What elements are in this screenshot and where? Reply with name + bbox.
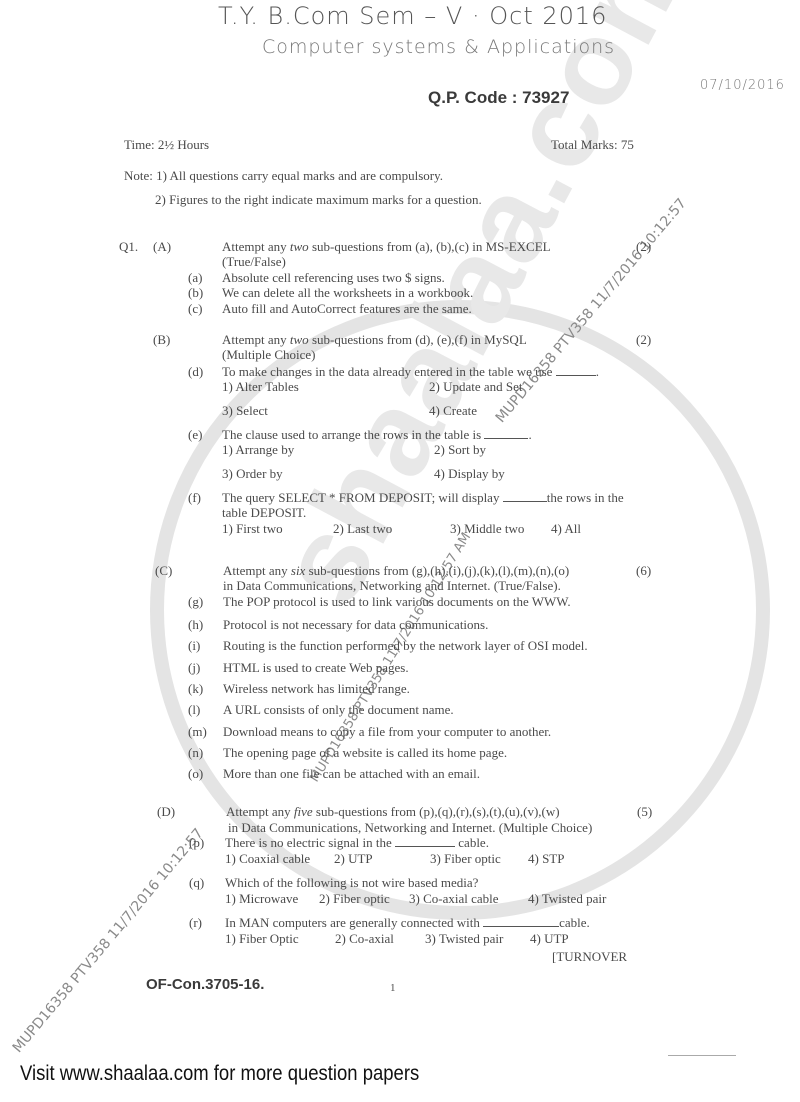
item-label: (b) bbox=[188, 285, 203, 301]
option: 1) Arrange by bbox=[222, 442, 294, 458]
option: 2) UTP bbox=[334, 851, 373, 867]
qp-code: Q.P. Code : 73927 bbox=[428, 88, 569, 108]
item-text-line2: table DEPOSIT. bbox=[222, 505, 306, 521]
option: 2) Update and Set bbox=[429, 379, 523, 395]
item-text: The clause used to arrange the rows in t… bbox=[222, 427, 532, 443]
item-label: (l) bbox=[188, 702, 200, 718]
item-label: (g) bbox=[188, 594, 203, 610]
item-label: (k) bbox=[188, 681, 203, 697]
section-a-instruction: Attempt any two sub-questions from (a), … bbox=[222, 239, 551, 255]
instruction-text: Attempt any bbox=[222, 332, 290, 347]
answer-blank bbox=[483, 926, 559, 927]
item-label: (a) bbox=[188, 270, 202, 286]
handwritten-date: 07/10/2016 bbox=[700, 78, 785, 93]
option: 2) Fiber optic bbox=[319, 891, 390, 907]
item-label: (r) bbox=[189, 915, 202, 931]
item-text: In MAN computers are generally connected… bbox=[225, 915, 590, 931]
instruction-text: Attempt any bbox=[222, 239, 290, 254]
option: 1) First two bbox=[222, 521, 283, 537]
item-text: A URL consists of only the document name… bbox=[223, 702, 454, 718]
item-label: (d) bbox=[188, 364, 203, 380]
instruction-emphasis: five bbox=[294, 804, 313, 819]
section-d-marks: (5) bbox=[637, 804, 652, 820]
item-text: The query SELECT * FROM DEPOSIT; will di… bbox=[222, 490, 624, 506]
option: 1) Alter Tables bbox=[222, 379, 299, 395]
item-text: HTML is used to create Web pages. bbox=[223, 660, 409, 676]
item-text: Routing is the function performed by the… bbox=[223, 638, 588, 654]
option: 4) Twisted pair bbox=[528, 891, 606, 907]
page-number: 1 bbox=[390, 982, 396, 994]
item-text: More than one file can be attached with … bbox=[223, 766, 480, 782]
item-text: Auto fill and AutoCorrect features are t… bbox=[222, 301, 472, 317]
handwritten-subject: Computer systems & Applications bbox=[262, 36, 615, 58]
item-label: (c) bbox=[188, 301, 202, 317]
question-text: the rows in the bbox=[547, 490, 624, 505]
note-1: Note: 1) All questions carry equal marks… bbox=[124, 168, 443, 184]
item-text: Download means to copy a file from your … bbox=[223, 724, 551, 740]
item-label: (n) bbox=[188, 745, 203, 761]
answer-blank bbox=[556, 375, 596, 376]
question-text: The query SELECT * FROM DEPOSIT; will di… bbox=[222, 490, 499, 505]
section-b-instruction-line2: (Multiple Choice) bbox=[222, 347, 316, 363]
item-text: The POP protocol is used to link various… bbox=[223, 594, 571, 610]
instruction-text: Attempt any bbox=[223, 563, 291, 578]
section-d-instruction: Attempt any five sub-questions from (p),… bbox=[226, 804, 560, 820]
item-label: (m) bbox=[188, 724, 207, 740]
section-a-label: (A) bbox=[153, 239, 171, 255]
item-text: Protocol is not necessary for data commu… bbox=[223, 617, 488, 633]
paper-code: OF-Con.3705-16. bbox=[146, 976, 264, 993]
option: 4) UTP bbox=[530, 931, 569, 947]
section-c-instruction: Attempt any six sub-questions from (g),(… bbox=[223, 563, 569, 579]
item-text: We can delete all the worksheets in a wo… bbox=[222, 285, 473, 301]
option: 4) All bbox=[551, 521, 581, 537]
item-label: (q) bbox=[189, 875, 204, 891]
question-text: The clause used to arrange the rows in t… bbox=[222, 427, 481, 442]
instruction-text: sub-questions from (g),(h),(i),(j),(k),(… bbox=[305, 563, 569, 578]
item-text: The opening page of a website is called … bbox=[223, 745, 507, 761]
question-text: In MAN computers are generally connected… bbox=[225, 915, 480, 930]
section-a-marks: (2) bbox=[636, 239, 651, 255]
option: 3) Select bbox=[222, 403, 268, 419]
instruction-text: sub-questions from (a), (b),(c) in MS-EX… bbox=[309, 239, 551, 254]
instruction-text: Attempt any bbox=[226, 804, 294, 819]
visit-link[interactable]: Visit www.shaalaa.com for more question … bbox=[20, 1062, 419, 1086]
answer-blank bbox=[503, 501, 547, 502]
item-text: To make changes in the data already ente… bbox=[222, 364, 599, 380]
item-text: Absolute cell referencing uses two $ sig… bbox=[222, 270, 445, 286]
instruction-emphasis: two bbox=[290, 239, 309, 254]
option: 3) Order by bbox=[222, 466, 283, 482]
total-marks: Total Marks: 75 bbox=[551, 137, 634, 153]
exam-time: Time: 2½ Hours bbox=[124, 137, 209, 153]
option: 3) Twisted pair bbox=[425, 931, 503, 947]
answer-blank bbox=[395, 846, 455, 847]
watermark-stamp-bottom-left: MUPD16358 PTV358 11/7/2016 10:12:57 bbox=[10, 826, 207, 1056]
section-b-label: (B) bbox=[153, 332, 170, 348]
option: 3) Fiber optic bbox=[430, 851, 501, 867]
option: 2) Co-axial bbox=[335, 931, 394, 947]
section-c-instruction-line2: in Data Communications, Networking and I… bbox=[223, 578, 561, 594]
section-d-label: (D) bbox=[157, 804, 175, 820]
section-b-marks: (2) bbox=[636, 332, 651, 348]
instruction-emphasis: two bbox=[290, 332, 309, 347]
item-label: (f) bbox=[188, 490, 201, 506]
option: 1) Microwave bbox=[225, 891, 298, 907]
option: 4) Create bbox=[429, 403, 477, 419]
question-text: cable. bbox=[458, 835, 489, 850]
instruction-text: sub-questions from (p),(q),(r),(s),(t),(… bbox=[313, 804, 560, 819]
instruction-emphasis: six bbox=[291, 563, 305, 578]
item-label: (o) bbox=[188, 766, 203, 782]
option: 2) Last two bbox=[333, 521, 392, 537]
item-label: (p) bbox=[189, 835, 204, 851]
turnover-marker: [TURNOVER bbox=[552, 949, 627, 965]
section-c-marks: (6) bbox=[636, 563, 651, 579]
item-text: Which of the following is not wire based… bbox=[225, 875, 478, 891]
option: 3) Middle two bbox=[450, 521, 524, 537]
section-a-instruction-line2: (True/False) bbox=[222, 254, 286, 270]
option: 3) Co-axial cable bbox=[409, 891, 499, 907]
handwritten-course-title: T.Y. B.Com Sem – V · Oct 2016 bbox=[218, 2, 607, 30]
option: 4) STP bbox=[528, 851, 564, 867]
section-b-instruction: Attempt any two sub-questions from (d), … bbox=[222, 332, 527, 348]
note-2: 2) Figures to the right indicate maximum… bbox=[155, 192, 482, 208]
item-label: (i) bbox=[188, 638, 200, 654]
section-d-instruction-line2: in Data Communications, Networking and I… bbox=[228, 820, 592, 836]
item-text: There is no electric signal in the cable… bbox=[225, 835, 489, 851]
option: 4) Display by bbox=[434, 466, 505, 482]
question-text: cable. bbox=[559, 915, 590, 930]
option: 2) Sort by bbox=[434, 442, 486, 458]
item-label: (e) bbox=[188, 427, 202, 443]
answer-blank bbox=[484, 438, 528, 439]
option: 1) Coaxial cable bbox=[225, 851, 310, 867]
option: 1) Fiber Optic bbox=[225, 931, 299, 947]
question-text: There is no electric signal in the bbox=[225, 835, 392, 850]
item-label: (j) bbox=[188, 660, 200, 676]
question-text: To make changes in the data already ente… bbox=[222, 364, 552, 379]
footer-divider bbox=[668, 1055, 736, 1056]
question-number: Q1. bbox=[119, 239, 138, 255]
item-label: (h) bbox=[188, 617, 203, 633]
section-c-label: (C) bbox=[155, 563, 172, 579]
instruction-text: sub-questions from (d), (e),(f) in MySQL bbox=[309, 332, 527, 347]
item-text: Wireless network has limited range. bbox=[223, 681, 410, 697]
